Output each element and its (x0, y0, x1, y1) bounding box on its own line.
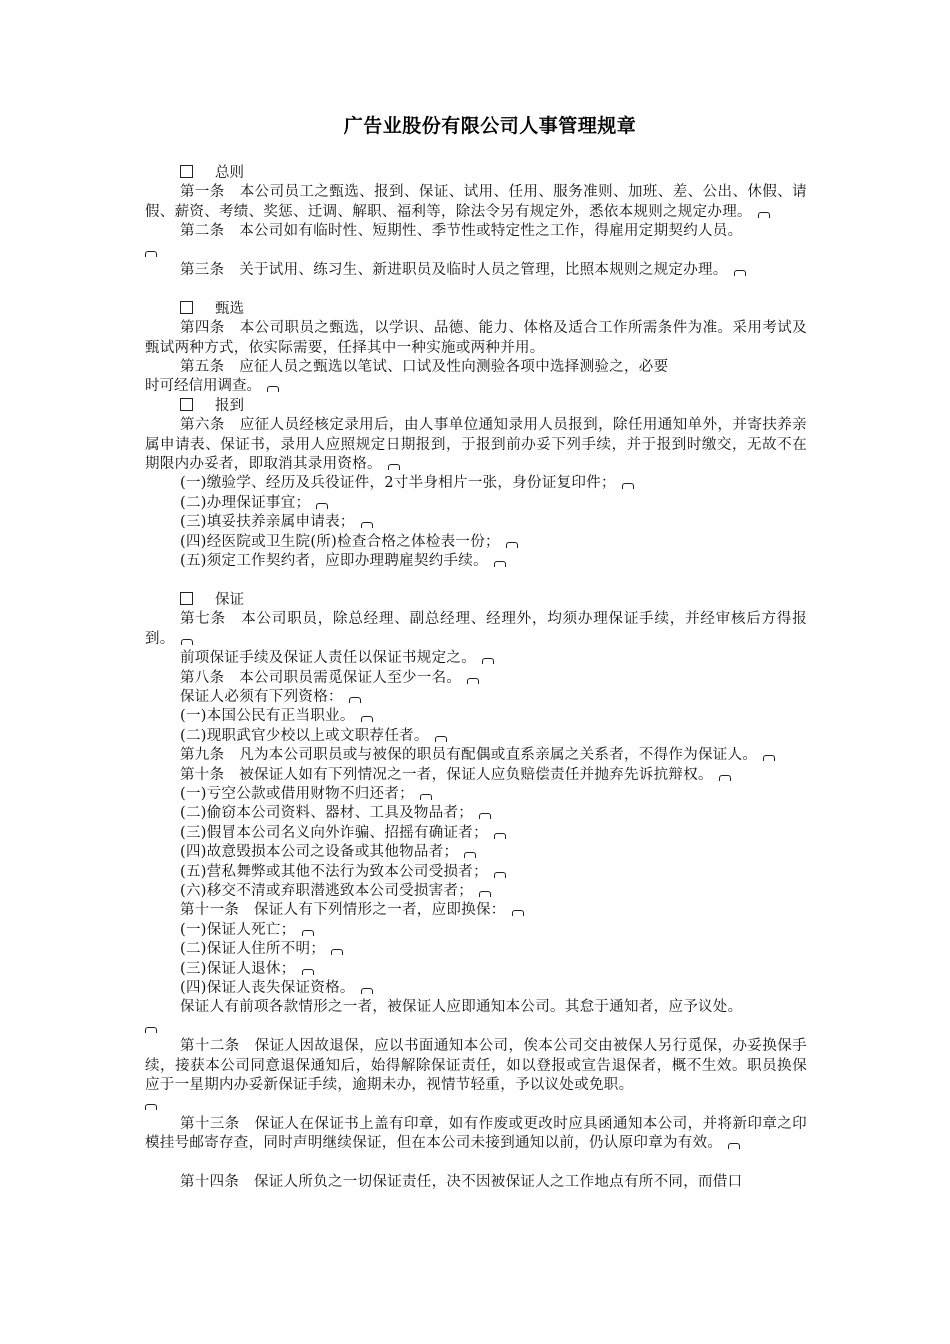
paragraph-mark-icon (302, 930, 314, 936)
article-1: 第一条 本公司员工之甄选、报到、保证、试用、任用、服务准则、加班、差、公出、休假… (145, 183, 807, 222)
section-heading-selection: 甄选 (145, 300, 807, 319)
article-14: 第十四条 保证人所负之一切保证责任，决不因被保证人之工作地点有所不同，而借口 (145, 1173, 807, 1192)
section-heading-guarantee: 保证 (145, 591, 807, 610)
paragraph-mark-icon (145, 1027, 157, 1033)
paragraph-mark-line (145, 1018, 807, 1037)
article-11-item-2: (二)保证人住所不明； (145, 940, 807, 959)
paragraph-mark-icon (349, 697, 361, 703)
paragraph-mark-icon (758, 212, 770, 218)
paragraph-mark-icon (302, 969, 314, 975)
checkbox-icon (180, 165, 193, 178)
paragraph-mark-icon (316, 503, 328, 509)
article-5-cont: 时可经信用调查。 (145, 377, 807, 396)
paragraph-mark-icon (331, 949, 343, 955)
paragraph-mark-icon (467, 678, 479, 684)
article-6-item-4: (四)经医院或卫生院(所)检查合格之体检表一份； (145, 533, 807, 552)
article-6-item-1: (一)缴验学、经历及兵役证件，2寸半身相片一张，身份证复印件； (145, 474, 807, 493)
paragraph-mark-icon (361, 522, 373, 528)
paragraph-mark-icon (482, 658, 494, 664)
article-10-item-6: (六)移交不清或弃职潜逃致本公司受损害者； (145, 882, 807, 901)
checkbox-icon (180, 592, 193, 605)
paragraph-mark-icon (388, 464, 400, 470)
paragraph-mark-icon (728, 1143, 740, 1149)
article-6-item-2: (二)办理保证事宜； (145, 494, 807, 513)
article-6-item-5: (五)须定工作契约者，应即办理聘雇契约手续。 (145, 552, 807, 571)
paragraph-mark-line (145, 1095, 807, 1114)
checkbox-icon (180, 398, 193, 411)
paragraph-mark-icon (361, 716, 373, 722)
article-8-item-1: (一)本国公民有正当职业。 (145, 707, 807, 726)
paragraph-mark-icon (479, 891, 491, 897)
article-10-item-1: (一)亏空公款或借用财物不归还者； (145, 785, 807, 804)
paragraph-mark-icon (145, 1104, 157, 1110)
paragraph-mark-icon (763, 755, 775, 761)
article-6-item-3: (三)填妥扶养亲属申请表； (145, 513, 807, 532)
article-10: 第十条 被保证人如有下列情况之一者，保证人应负赔偿责任并抛弃先诉抗辩权。 (145, 766, 807, 785)
paragraph-mark-icon (506, 542, 518, 548)
paragraph-mark-icon (145, 251, 157, 257)
article-10-item-2: (二)偷窃本公司资料、器材、工具及物品者； (145, 804, 807, 823)
paragraph-mark-icon (420, 794, 432, 800)
section-heading-general: 总则 (145, 164, 807, 183)
paragraph-mark-icon (494, 833, 506, 839)
paragraph-mark-icon (464, 852, 476, 858)
paragraph-mark-line (145, 242, 807, 261)
article-7: 第七条 本公司职员，除总经理、副总经理、经理外，均须办理保证手续，并经审核后方得… (145, 610, 807, 649)
article-8-item-2: (二)现职武官少校以上或文职荐任者。 (145, 727, 807, 746)
article-3: 第三条 关于试用、练习生、新进职员及临时人员之管理，比照本规则之规定办理。 (145, 261, 807, 280)
paragraph-mark-icon (494, 872, 506, 878)
paragraph-mark-icon (734, 270, 746, 276)
article-10-item-3: (三)假冒本公司名义向外诈骗、招摇有确证者； (145, 824, 807, 843)
paragraph-mark-icon (494, 561, 506, 567)
paragraph-mark-icon (512, 910, 524, 916)
article-12: 第十二条 保证人因故退保，应以书面通知本公司，俟本公司交由被保人另行觅保，办妥换… (145, 1037, 807, 1095)
document-title: 广告业股份有限公司人事管理规章 (145, 117, 835, 136)
paragraph-mark-icon (181, 639, 193, 645)
paragraph-mark-icon (361, 988, 373, 994)
article-7-note: 前项保证手续及保证人责任以保证书规定之。 (145, 649, 807, 668)
paragraph-mark-icon (267, 386, 279, 392)
article-11-item-4: (四)保证人丧失保证资格。 (145, 979, 807, 998)
paragraph-mark-icon (435, 736, 447, 742)
article-6: 第六条 应征人员经核定录用后，由人事单位通知录用人员报到，除任用通知单外，并寄扶… (145, 416, 807, 474)
article-5: 第五条 应征人员之甄选以笔试、口试及性向测验各项中选择测验之，必要 (145, 358, 807, 377)
paragraph-mark-icon (479, 813, 491, 819)
document-body: 总则 第一条 本公司员工之甄选、报到、保证、试用、任用、服务准则、加班、差、公出… (145, 164, 807, 1192)
section-heading-reporting: 报到 (145, 397, 807, 416)
article-8-note: 保证人必须有下列资格： (145, 688, 807, 707)
article-4: 第四条 本公司职员之甄选，以学识、品德、能力、体格及适合工作所需条件为准。采用考… (145, 319, 807, 358)
paragraph-mark-icon (719, 775, 731, 781)
article-11: 第十一条 保证人有下列情形之一者，应即换保： (145, 901, 807, 920)
article-2: 第二条 本公司如有临时性、短期性、季节性或特定性之工作，得雇用定期契约人员。 (145, 222, 807, 241)
article-10-item-5: (五)营私舞弊或其他不法行为致本公司受损者； (145, 863, 807, 882)
paragraph-mark-icon (622, 483, 634, 489)
article-11-note: 保证人有前项各款情形之一者，被保证人应即通知本公司。其怠于通知者，应予议处。 (145, 998, 807, 1017)
article-10-item-4: (四)故意毁损本公司之设备或其他物品者； (145, 843, 807, 862)
checkbox-icon (180, 301, 193, 314)
article-9: 第九条 凡为本公司职员或与被保的职员有配偶或直系亲属之关系者，不得作为保证人。 (145, 746, 807, 765)
article-8: 第八条 本公司职员需觅保证人至少一名。 (145, 669, 807, 688)
article-13: 第十三条 保证人在保证书上盖有印章，如有作废或更改时应具函通知本公司，并将新印章… (145, 1115, 807, 1154)
article-11-item-3: (三)保证人退休； (145, 960, 807, 979)
article-11-item-1: (一)保证人死亡； (145, 921, 807, 940)
